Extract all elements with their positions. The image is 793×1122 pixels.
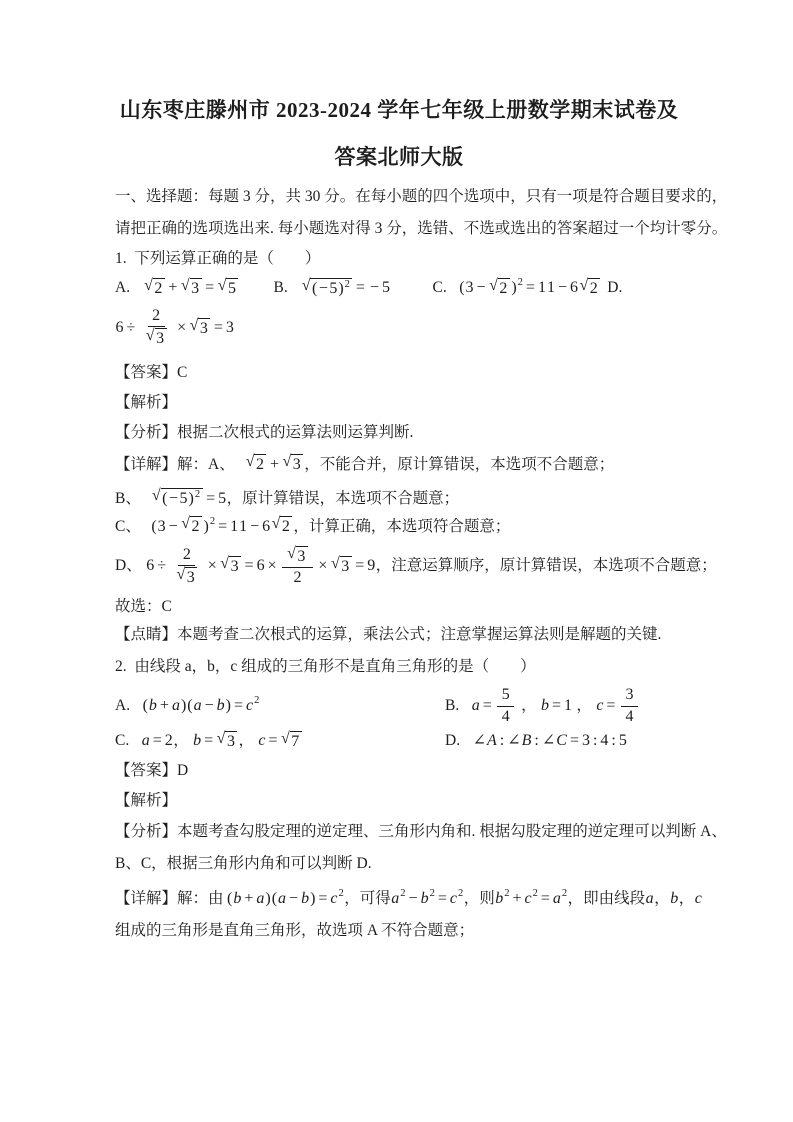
q2-stem: 2. 由线段 a，b，c 组成的三角形不是直角三角形的是（ ） xyxy=(115,656,683,678)
text-run: ，计算正确，本选项符合题意； xyxy=(293,516,510,538)
radical-sign: √5 xyxy=(218,278,239,298)
text-run: C. xyxy=(115,730,129,752)
math-expression: a=54 xyxy=(471,686,517,726)
text-run: 【详解】解：由 xyxy=(115,888,224,910)
q1-options: A.√2+√3=√5B.√(−5)2=−5C.(3−√2)2=11−6√2D. xyxy=(115,277,683,299)
q1-answer: 【答案】C xyxy=(115,362,683,384)
radical-sign: √2 xyxy=(272,516,293,536)
spacer xyxy=(130,706,142,707)
text-run: D. xyxy=(445,730,460,752)
q1-option-d-formula: 6÷2√3×√3=3 xyxy=(115,307,683,349)
radical-sign: √7 xyxy=(281,731,302,751)
text-run: ，则 xyxy=(464,888,495,910)
spacer xyxy=(459,706,471,707)
radical-sign: √2 xyxy=(579,278,600,298)
q2-xiangjie-line1: 【详解】解：由(b+a)(a−b)=c2，可得a2−b2=c2，则b2+c2=a… xyxy=(115,888,683,910)
radical-sign: √3 xyxy=(181,278,202,298)
math-expression: b2+c2=a2 xyxy=(495,888,568,910)
q1-xiangjie-d: D、6÷2√3×√3=6×√32×√3=9，注意运算顺序，原计算错误，本选项不合… xyxy=(115,546,683,588)
math-expression: b=1 xyxy=(541,695,573,717)
math-expression: ∠A:∠B:∠C=3:4:5 xyxy=(472,730,627,752)
radical-sign: √2 xyxy=(144,278,165,298)
radical-sign: √3 xyxy=(220,556,241,576)
q1-jiexi-label: 【解析】 xyxy=(115,392,683,414)
text-run: 请把正确的选项选出来. 每小题选对得 3 分，选错、不选或选出的答案超过一个均计… xyxy=(115,218,727,240)
math-expression: c=34 xyxy=(596,686,641,726)
math-expression: b xyxy=(670,888,679,910)
radical-sign: √3 xyxy=(283,454,304,474)
q1-conclusion: 故选：C xyxy=(115,596,683,618)
radical-sign: √3 xyxy=(190,318,211,338)
text-run: 故选：C xyxy=(115,596,172,618)
fraction: 2√3 xyxy=(171,546,202,588)
fraction: √32 xyxy=(282,546,313,588)
text-run: B、C，根据三角形内角和可以判断 D. xyxy=(115,853,372,875)
q2-answer: 【答案】D xyxy=(115,760,683,782)
math-expression: (b+a)(a−b)=c2 xyxy=(227,888,345,910)
text-run: 【解析】 xyxy=(115,790,177,812)
math-expression: (3−√2)2=11−6√2 xyxy=(459,277,602,299)
radical-sign: √3 xyxy=(176,567,197,587)
q2-jiexi-label: 【解析】 xyxy=(115,790,683,812)
spacer xyxy=(130,288,143,289)
q2-xiangjie-line2: 组成的三角形是直角三角形，故选项 A 不符合题意； xyxy=(115,920,683,942)
spacer xyxy=(288,288,301,289)
instructions-line2: 请把正确的选项选出来. 每小题选对得 3 分，选错、不选或选出的答案超过一个均计… xyxy=(115,218,683,240)
text-run: 2. 由线段 a，b，c 组成的三角形不是直角三角形的是（ ） xyxy=(115,656,536,678)
spacer xyxy=(239,288,273,289)
math-expression: c=√7 xyxy=(258,730,303,752)
spacer xyxy=(141,498,151,499)
text-run: ， xyxy=(173,730,192,752)
text-run: 1. 下列运算正确的是（ ） xyxy=(115,248,320,270)
q2-options-row2-col1: C.a=2， b=√3， c=√7 xyxy=(115,730,445,752)
spacer xyxy=(141,526,151,527)
exam-title-line1: 山东枣庄滕州市 2023-2024 学年七年级上册数学期末试卷及 xyxy=(115,95,683,125)
spacer xyxy=(447,288,459,289)
spacer xyxy=(129,740,141,741)
text-run: ， xyxy=(517,695,540,717)
text-run: 【答案】C xyxy=(115,362,187,384)
radical-sign: √3 xyxy=(146,328,167,348)
math-expression: (b+a)(a−b)=c2 xyxy=(142,695,260,717)
text-run: 【分析】根据二次根式的运算法则运算判断. xyxy=(115,422,413,444)
fraction: 34 xyxy=(621,686,638,726)
math-expression: a2−b2=c2 xyxy=(391,888,464,910)
radical-sign: √2 xyxy=(181,516,202,536)
q2-options-row1-col2: B.a=54 ， b=1 ， c=34 xyxy=(445,686,683,726)
text-run: A. xyxy=(115,695,130,717)
q1-xiangjie-b: B、√(−5)2=5，原计算错误，本选项不合题意； xyxy=(115,488,683,510)
spacer xyxy=(390,288,432,289)
q1-xiangjie-c: C、(3−√2)2=11−6√2，计算正确，本选项符合题意； xyxy=(115,516,683,538)
q2-options-row2-col2: D.∠A:∠B:∠C=3:4:5 xyxy=(445,730,683,752)
text-run: ， xyxy=(654,888,670,910)
q1-fenxi: 【分析】根据二次根式的运算法则运算判断. xyxy=(115,422,683,444)
text-run: ， xyxy=(679,888,695,910)
math-expression: √2+√3 xyxy=(245,454,305,476)
q2-fenxi-line2: B、C，根据三角形内角和可以判断 D. xyxy=(115,853,683,875)
instructions-line1: 一、选择题：每题 3 分，共 30 分。在每小题的四个选项中，只有一项是符合题目… xyxy=(115,186,683,208)
spacer xyxy=(460,740,472,741)
radical-sign: √(−5)2 xyxy=(302,278,353,298)
math-expression: √(−5)2=−5 xyxy=(301,277,391,299)
text-run: C. xyxy=(432,277,446,299)
text-run: 【解析】 xyxy=(115,392,177,414)
fraction: 2√3 xyxy=(141,307,172,349)
math-expression: (3−√2)2=11−6√2 xyxy=(151,516,294,538)
radical-sign: √3 xyxy=(331,556,352,576)
q1-xiangjie-a: 【详解】解：A、√2+√3，不能合并，原计算错误，本选项不合题意； xyxy=(115,454,683,476)
exam-page: 山东枣庄滕州市 2023-2024 学年七年级上册数学期末试卷及 答案北师大版 … xyxy=(0,0,793,1122)
math-expression: √(−5)2=5 xyxy=(151,488,227,510)
q2-options-row1-col1: A.(b+a)(a−b)=c2 xyxy=(115,695,445,717)
radical-sign: √2 xyxy=(489,278,510,298)
q1-dianjing: 【点睛】本题考查二次根式的运算，乘法公式；注意掌握运算法则是解题的关键. xyxy=(115,624,683,646)
q2-fenxi-line1: 【分析】本题考查勾股定理的逆定理、三角形内角和. 根据勾股定理的逆定理可以判断 … xyxy=(115,821,683,843)
text-run: B. xyxy=(273,277,287,299)
document-body: 一、选择题：每题 3 分，共 30 分。在每小题的四个选项中，只有一项是符合题目… xyxy=(115,186,683,942)
math-expression: b=√3 xyxy=(193,730,239,752)
text-run: ， xyxy=(238,730,257,752)
radical-sign: √3 xyxy=(287,546,308,566)
radical-sign: √(−5)2 xyxy=(152,488,203,508)
text-run: 组成的三角形是直角三角形，故选项 A 不符合题意； xyxy=(115,920,474,942)
text-run: ，不能合并，原计算错误，本选项不合题意； xyxy=(304,454,614,476)
text-run: C、 xyxy=(115,516,141,538)
text-run: ，可得 xyxy=(344,888,391,910)
q2-options-row2: C.a=2， b=√3， c=√7D.∠A:∠B:∠C=3:4:5 xyxy=(115,730,683,752)
q1-stem: 1. 下列运算正确的是（ ） xyxy=(115,248,683,270)
text-run: 【点睛】本题考查二次根式的运算，乘法公式；注意掌握运算法则是解题的关键. xyxy=(115,624,661,646)
radical-sign: √2 xyxy=(246,454,267,474)
math-expression: c xyxy=(694,888,702,910)
text-run: 【详解】解：A、 xyxy=(115,454,235,476)
text-run: A. xyxy=(115,277,130,299)
fraction: 54 xyxy=(497,686,514,726)
math-expression: a=2 xyxy=(141,730,173,752)
math-expression: a xyxy=(645,888,654,910)
exam-title-line2: 答案北师大版 xyxy=(115,142,683,172)
text-run: 【答案】D xyxy=(115,760,188,782)
text-run: ， xyxy=(573,695,596,717)
text-run: D. xyxy=(607,277,622,299)
math-expression: 6÷2√3×√3=3 xyxy=(115,307,234,349)
math-expression: 6÷2√3×√3=6×√32×√3=9 xyxy=(146,546,376,588)
text-run: ，注意运算顺序，原计算错误，本选项不合题意； xyxy=(376,555,717,577)
q2-options-row1: A.(b+a)(a−b)=c2B.a=54 ， b=1 ， c=34 xyxy=(115,686,683,726)
spacer xyxy=(235,464,245,465)
text-run: ，原计算错误，本选项不合题意； xyxy=(227,488,460,510)
text-run: 一、选择题：每题 3 分，共 30 分。在每小题的四个选项中，只有一项是符合题目… xyxy=(115,186,727,208)
text-run: ，即由线段 xyxy=(568,888,646,910)
radical-sign: √3 xyxy=(217,731,238,751)
text-run: 【分析】本题考查勾股定理的逆定理、三角形内角和. 根据勾股定理的逆定理可以判断 … xyxy=(115,821,727,843)
text-run: B、 xyxy=(115,488,141,510)
math-expression: √2+√3=√5 xyxy=(143,277,239,299)
text-run: D、 xyxy=(115,555,142,577)
text-run: B. xyxy=(445,695,459,717)
